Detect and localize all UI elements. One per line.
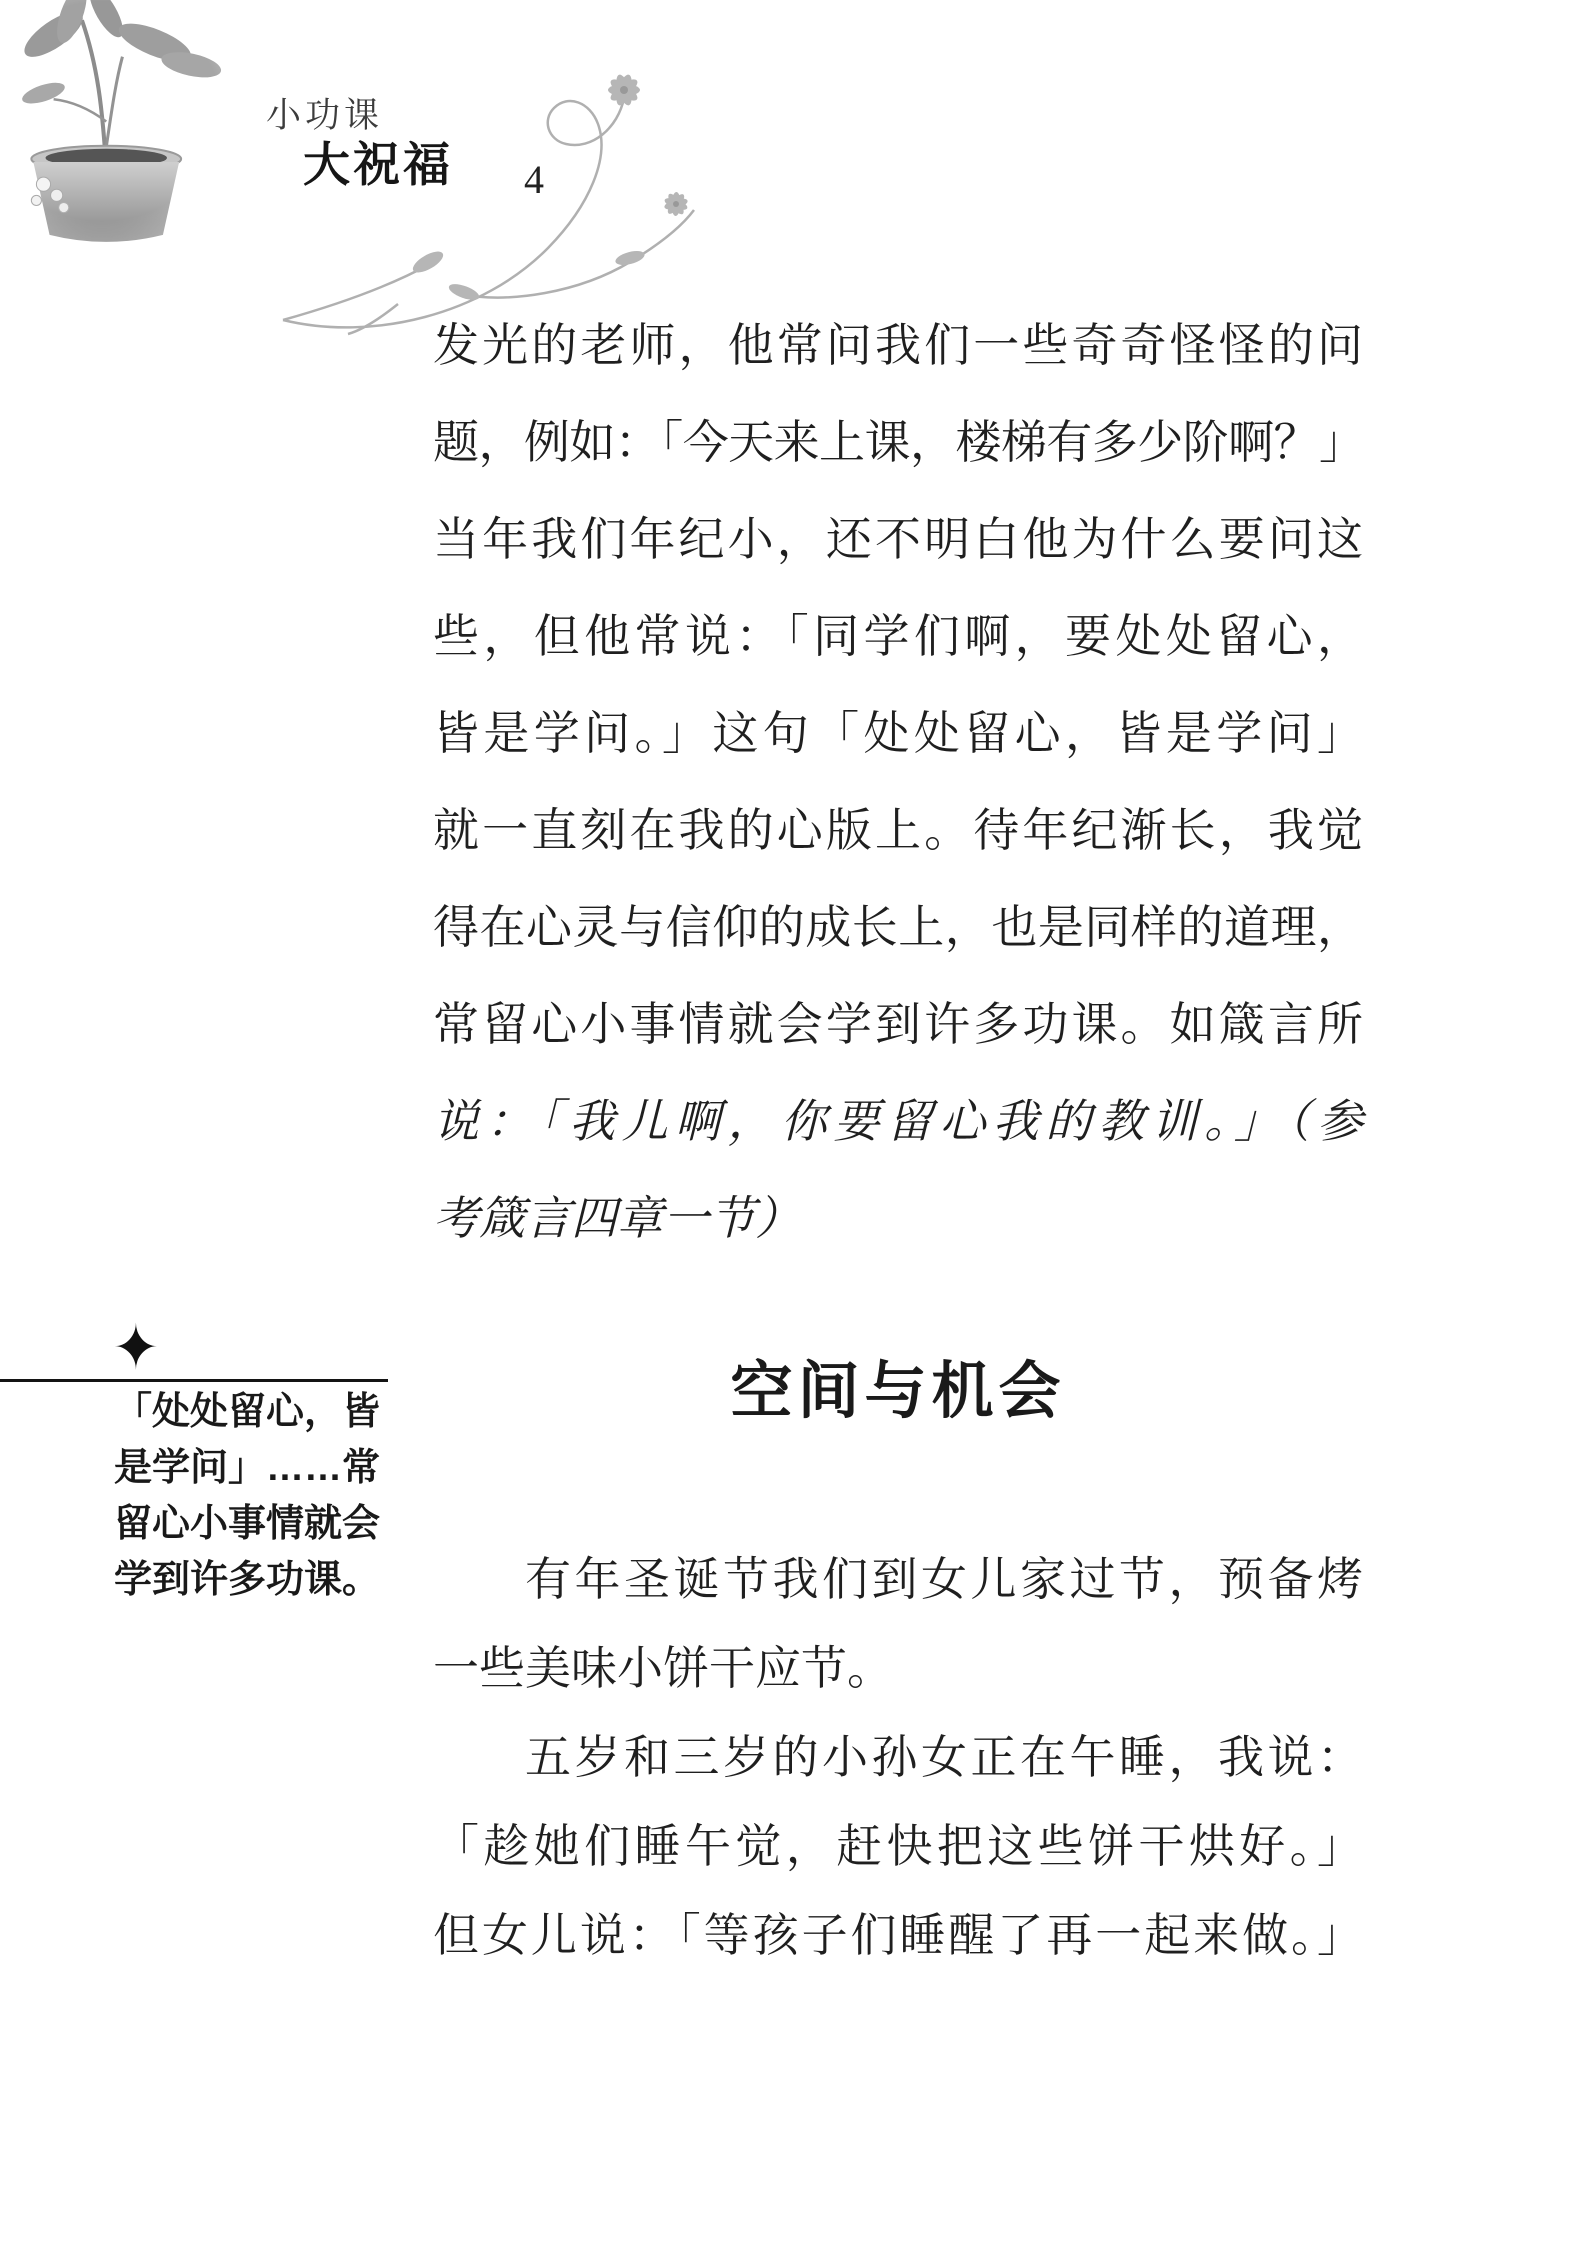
body-line: 当年我们年纪小，还不明白他为什么要问这 <box>433 491 1363 588</box>
section-heading: 空间与机会 <box>433 1342 1363 1442</box>
body-line: 「趁她们睡午觉，赶快把这些饼干烘好。」 <box>433 1802 1363 1891</box>
page-number: 4 <box>524 158 544 202</box>
body-line: 一些美味小饼干应节。 <box>433 1624 1363 1713</box>
sidebar-quote-line: 留心小事情就会 <box>114 1496 400 1552</box>
book-title-large: 大祝福 <box>303 139 453 191</box>
body-line: 得在心灵与信仰的成长上，也是同样的道理， <box>433 879 1363 976</box>
sidebar-quote-line: 是学问」……常 <box>114 1440 400 1496</box>
body-line: 些，但他常说：「同学们啊，要处处留心， <box>433 588 1363 685</box>
plant-photo <box>0 0 255 248</box>
body-line: 五岁和三岁的小孙女正在午睡，我说： <box>433 1713 1363 1802</box>
body-line-scripture: 说：「我儿啊，你要留心我的教训。」（参 <box>433 1073 1363 1170</box>
sidebar-quote-line: 「处处留心，皆 <box>114 1384 400 1440</box>
body-line-scripture: 考箴言四章一节） <box>433 1170 1363 1267</box>
book-title-small: 小功课 <box>266 96 383 136</box>
sidebar-quote-line: 学到许多功课。 <box>114 1552 400 1608</box>
body-line: 有年圣诞节我们到女儿家过节，预备烤 <box>433 1535 1363 1624</box>
body-line: 常留心小事情就会学到许多功课。如箴言所 <box>433 976 1363 1073</box>
book-page: 小功课 大祝福 4 发光的老师，他常问我们一些奇奇怪怪的问 题，例如：「今天来上… <box>0 0 1571 2256</box>
body-paragraph-top: 发光的老师，他常问我们一些奇奇怪怪的问 题，例如：「今天来上课，楼梯有多少阶啊？… <box>433 297 1363 1267</box>
sidebar-rule <box>0 1379 388 1382</box>
body-line: 就一直刻在我的心版上。待年纪渐长，我觉 <box>433 782 1363 879</box>
sidebar-star-icon: ✦ <box>106 1314 166 1383</box>
sidebar-quote: 「处处留心，皆 是学问」……常 留心小事情就会 学到许多功课。 <box>114 1384 400 1608</box>
body-line: 发光的老师，他常问我们一些奇奇怪怪的问 <box>433 297 1363 394</box>
body-line: 但女儿说：「等孩子们睡醒了再一起来做。」 <box>433 1891 1363 1980</box>
body-line: 题，例如：「今天来上课，楼梯有多少阶啊？」 <box>433 394 1363 491</box>
body-paragraph-bottom: 有年圣诞节我们到女儿家过节，预备烤 一些美味小饼干应节。 五岁和三岁的小孙女正在… <box>433 1535 1363 1980</box>
body-line: 皆是学问。」这句「处处留心，皆是学问」 <box>433 685 1363 782</box>
